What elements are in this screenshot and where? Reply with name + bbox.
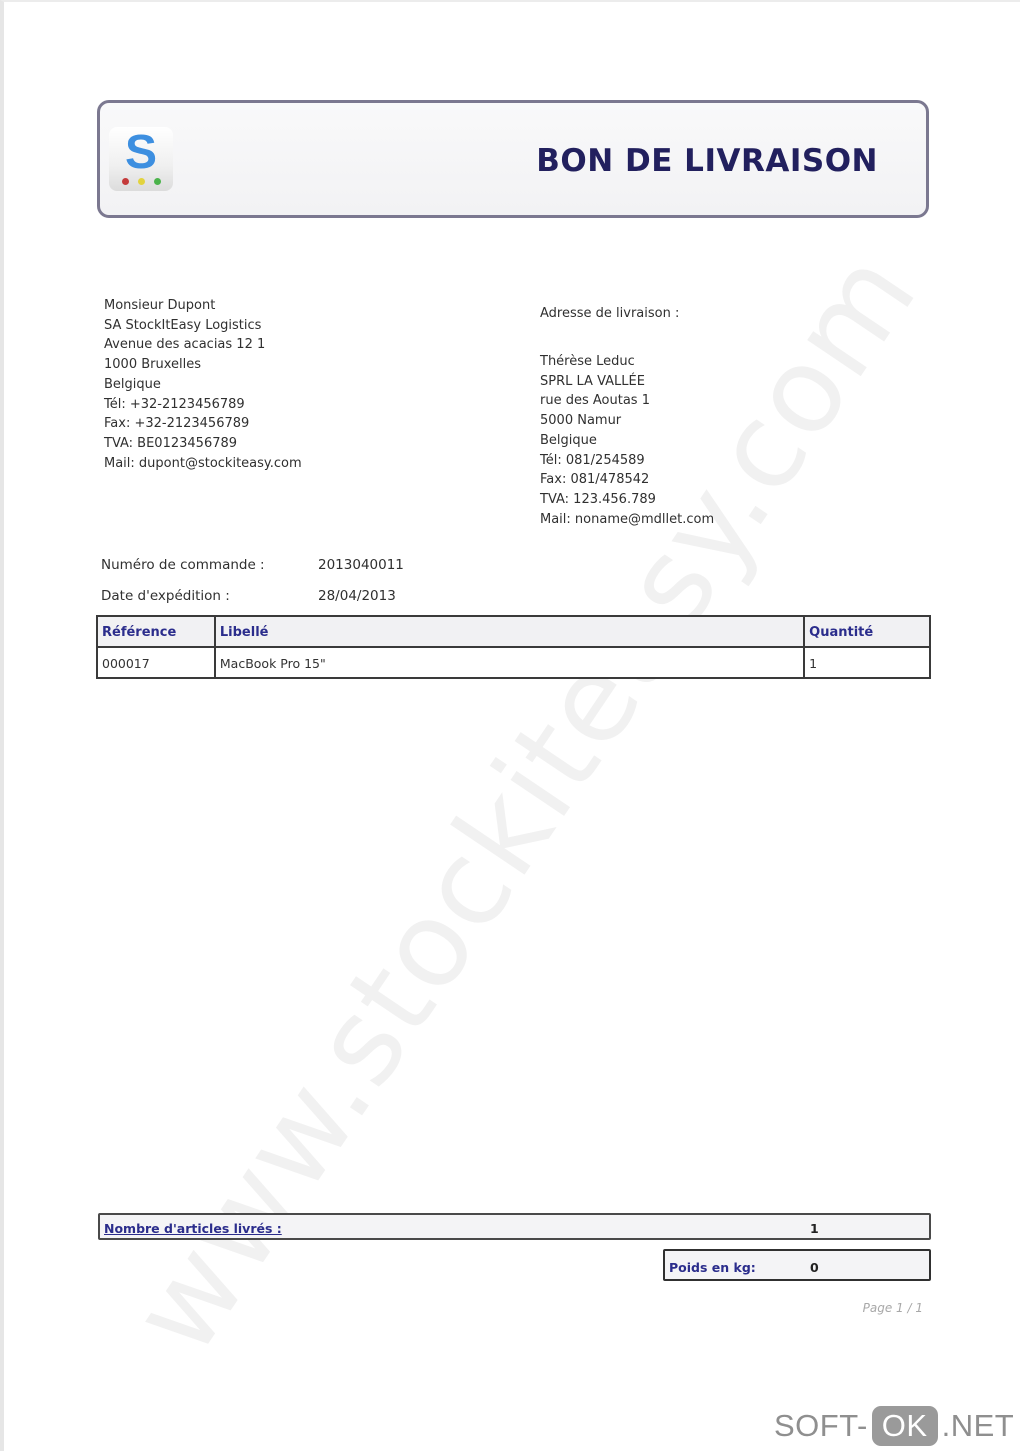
document-header: S BON DE LIVRAISON xyxy=(97,100,929,218)
sender-street: Avenue des acacias 12 1 xyxy=(104,335,302,355)
site-badge-highlight: OK xyxy=(872,1406,938,1446)
delivery-address-label: Adresse de livraison : xyxy=(540,304,679,324)
logo-red-dot-icon xyxy=(122,178,129,185)
logo-green-dot-icon xyxy=(154,178,161,185)
sender-fax: Fax: +32-2123456789 xyxy=(104,414,302,434)
recipient-vat: TVA: 123.456.789 xyxy=(540,490,714,510)
column-header-label: Libellé xyxy=(215,616,804,647)
logo-yellow-dot-icon xyxy=(138,178,145,185)
sender-name: Monsieur Dupont xyxy=(104,296,302,316)
shipping-date-row: Date d'expédition : 28/04/2013 xyxy=(101,580,404,611)
stockiteasy-logo-icon: S xyxy=(109,127,173,191)
sender-company: SA StockItEasy Logistics xyxy=(104,316,302,336)
table-header-row: Référence Libellé Quantité xyxy=(97,616,930,647)
sender-address: Monsieur Dupont SA StockItEasy Logistics… xyxy=(104,296,302,473)
delivery-note-page: www.stockiteasy.com S BON DE LIVRAISON M… xyxy=(0,0,1020,1451)
delivery-address: Thérèse Leduc SPRL LA VALLÉE rue des Aou… xyxy=(540,352,714,529)
items-delivered-value: 1 xyxy=(810,1221,819,1236)
column-header-quantity: Quantité xyxy=(804,616,930,647)
sender-email: Mail: dupont@stockiteasy.com xyxy=(104,454,302,474)
cell-reference: 000017 xyxy=(97,647,215,678)
recipient-phone: Tél: 081/254589 xyxy=(540,451,714,471)
recipient-fax: Fax: 081/478542 xyxy=(540,470,714,490)
shipping-date-value: 28/04/2013 xyxy=(318,588,396,604)
shipping-date-label: Date d'expédition : xyxy=(101,588,318,604)
recipient-name: Thérèse Leduc xyxy=(540,352,714,372)
order-info: Numéro de commande : 2013040011 Date d'e… xyxy=(101,549,404,611)
items-table: Référence Libellé Quantité 000017 MacBoo… xyxy=(96,615,931,679)
site-badge-prefix: SOFT- xyxy=(774,1408,868,1444)
site-badge-suffix: .NET xyxy=(942,1408,1015,1444)
items-delivered-summary: Nombre d'articles livrés : 1 xyxy=(98,1213,931,1240)
recipient-city: 5000 Namur xyxy=(540,411,714,431)
page-number: Page 1 / 1 xyxy=(863,1301,923,1315)
weight-summary: Poids en kg: 0 xyxy=(663,1249,931,1281)
cell-label: MacBook Pro 15" xyxy=(215,647,804,678)
document-title: BON DE LIVRAISON xyxy=(536,143,878,179)
order-number-row: Numéro de commande : 2013040011 xyxy=(101,549,404,580)
site-watermark-badge: SOFT- OK .NET xyxy=(774,1406,1014,1446)
weight-value: 0 xyxy=(810,1260,819,1275)
order-number-value: 2013040011 xyxy=(318,557,404,573)
sender-phone: Tél: +32-2123456789 xyxy=(104,395,302,415)
items-delivered-label: Nombre d'articles livrés : xyxy=(104,1221,282,1236)
logo-letter: S xyxy=(109,129,173,177)
weight-label: Poids en kg: xyxy=(669,1260,756,1275)
sender-country: Belgique xyxy=(104,375,302,395)
sender-vat: TVA: BE0123456789 xyxy=(104,434,302,454)
table-row: 000017 MacBook Pro 15" 1 xyxy=(97,647,930,678)
column-header-reference: Référence xyxy=(97,616,215,647)
order-number-label: Numéro de commande : xyxy=(101,557,318,573)
recipient-email: Mail: noname@mdllet.com xyxy=(540,510,714,530)
cell-quantity: 1 xyxy=(804,647,930,678)
recipient-street: rue des Aoutas 1 xyxy=(540,391,714,411)
recipient-company: SPRL LA VALLÉE xyxy=(540,372,714,392)
recipient-country: Belgique xyxy=(540,431,714,451)
sender-city: 1000 Bruxelles xyxy=(104,355,302,375)
